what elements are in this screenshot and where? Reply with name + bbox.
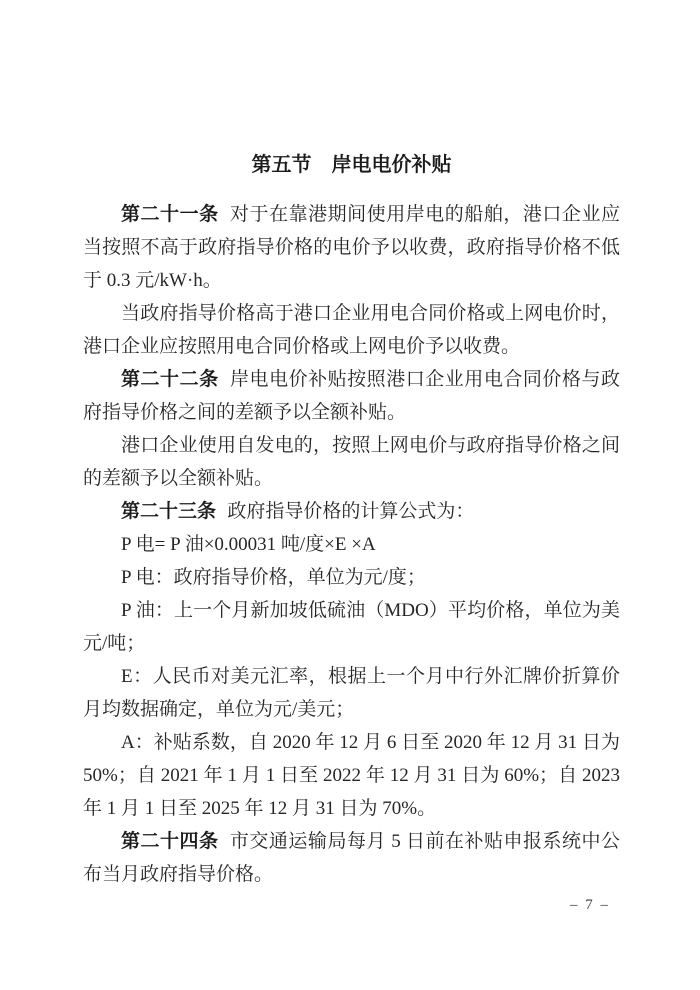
paragraph: P 电：政府指导价格，单位为元/度；	[83, 561, 620, 594]
paragraph-text: 当政府指导价格高于港口企业用电合同价格或上网电价时，港口企业应按照用电合同价格或…	[83, 303, 620, 357]
section-title: 第五节 岸电电价补贴	[83, 150, 620, 180]
paragraph: P 油：上一个月新加坡低硫油（MDO）平均价格，单位为美元/吨；	[83, 594, 620, 660]
page-number: – 7 –	[540, 897, 640, 914]
article-number: 第二十三条	[121, 501, 216, 522]
paragraph: 第二十四条市交通运输局每月 5 日前在补贴申报系统中公布当月政府指导价格。	[83, 825, 620, 891]
paragraphs: 第二十一条对于在靠港期间使用岸电的船舶，港口企业应当按照不高于政府指导价格的电价…	[83, 198, 620, 891]
article-number: 第二十一条	[121, 204, 219, 225]
paragraph-text: 政府指导价格的计算公式为：	[227, 501, 474, 522]
document-page: 第五节 岸电电价补贴 第二十一条对于在靠港期间使用岸电的船舶，港口企业应当按照不…	[0, 0, 700, 990]
paragraph: A：补贴系数，自 2020 年 12 月 6 日至 2020 年 12 月 31…	[83, 726, 620, 825]
article-number: 第二十四条	[121, 831, 219, 852]
page-content: 第五节 岸电电价补贴 第二十一条对于在靠港期间使用岸电的船舶，港口企业应当按照不…	[83, 150, 620, 891]
article-number: 第二十二条	[121, 369, 219, 390]
paragraph-text: P 电= P 油×0.00031 吨/度×E ×A	[121, 534, 376, 555]
paragraph: P 电= P 油×0.00031 吨/度×E ×A	[83, 528, 620, 561]
paragraph-text: A：补贴系数，自 2020 年 12 月 6 日至 2020 年 12 月 31…	[83, 732, 620, 819]
paragraph: E：人民币对美元汇率，根据上一个月中行外汇牌价折算价月均数据确定，单位为元/美元…	[83, 660, 620, 726]
paragraph-text: 港口企业使用自发电的，按照上网电价与政府指导价格之间的差额予以全额补贴。	[83, 435, 620, 489]
paragraph: 港口企业使用自发电的，按照上网电价与政府指导价格之间的差额予以全额补贴。	[83, 429, 620, 495]
paragraph: 第二十一条对于在靠港期间使用岸电的船舶，港口企业应当按照不高于政府指导价格的电价…	[83, 198, 620, 297]
paragraph-text: P 油：上一个月新加坡低硫油（MDO）平均价格，单位为美元/吨；	[83, 600, 620, 654]
paragraph-text: P 电：政府指导价格，单位为元/度；	[121, 567, 426, 588]
paragraph: 第二十二条岸电电价补贴按照港口企业用电合同价格与政府指导价格之间的差额予以全额补…	[83, 363, 620, 429]
paragraph: 第二十三条政府指导价格的计算公式为：	[83, 495, 620, 528]
paragraph: 当政府指导价格高于港口企业用电合同价格或上网电价时，港口企业应按照用电合同价格或…	[83, 297, 620, 363]
paragraph-text: E：人民币对美元汇率，根据上一个月中行外汇牌价折算价月均数据确定，单位为元/美元…	[83, 666, 620, 720]
